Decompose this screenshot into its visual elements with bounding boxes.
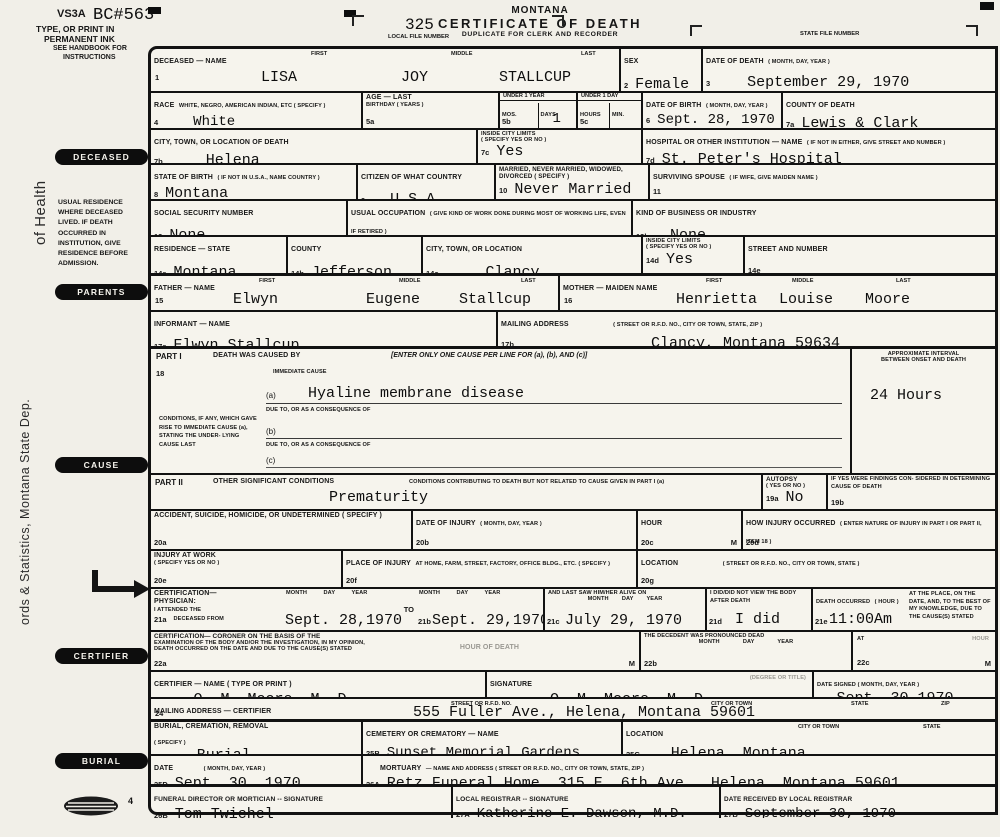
field-sublabel: ( IF NOT IN U.S.A., NAME COUNTRY ) — [217, 175, 319, 181]
city-of-death-value: Helena — [206, 152, 260, 163]
field-occupation: USUAL OCCUPATION ( GIVE KIND OF WORK DON… — [348, 201, 633, 235]
handbook-note-line2: INSTRUCTIONS — [63, 54, 116, 61]
autopsy-value: No — [786, 489, 804, 506]
field-label: AUTOPSY — [766, 476, 823, 483]
field-number: 1 — [155, 73, 159, 82]
column-header-last: LAST — [581, 51, 596, 57]
field-label: DATE OF DEATH — [706, 58, 764, 65]
field-residence-county: COUNTY 14b Jefferson — [288, 237, 423, 273]
county-of-death-value: Lewis & Clark — [801, 115, 918, 128]
field-pronounced-hour: AT HOUR 22c M — [853, 632, 995, 670]
column-header-state: STATE — [923, 724, 941, 730]
column-header-last: LAST — [521, 278, 536, 284]
field-number: 15 — [155, 296, 163, 305]
field-number: 5b — [502, 117, 511, 126]
field-residence-city-limits: INSIDE CITY LIMITS ( SPECIFY YES OR NO )… — [643, 237, 745, 273]
ink-note-line1: TYPE, OR PRINT IN — [36, 24, 114, 34]
date-received-value: September 30, 1970 — [745, 806, 896, 818]
field-residence-street: STREET AND NUMBER 14e — [745, 237, 995, 273]
field-certifier-signature: SIGNATURE (DEGREE OR TITLE) 23b O. M. Mo… — [487, 672, 814, 697]
registration-mark — [980, 2, 994, 10]
coroner-label-3: DEATH OCCURRED ON THE DATE AND DUE TO TH… — [154, 646, 636, 652]
due-to-label-1: DUE TO, OR AS A CONSEQUENCE OF — [266, 407, 371, 413]
cemetery-name-value: Sunset Memorial Gardens — [387, 745, 580, 754]
attended-from-value: Sept. 28,1970 — [285, 612, 402, 629]
field-number: 12 — [154, 232, 162, 235]
field-number: 25B — [366, 749, 380, 754]
field-sublabel: — NAME AND ADDRESS ( STREET OR R.F.D. NO… — [426, 766, 644, 772]
field-number: 19a — [766, 494, 779, 503]
field-autopsy: AUTOPSY ( YES OR NO ) 19a No — [763, 475, 828, 509]
cause-line-a: (a) Hyaline membrane disease — [266, 385, 842, 404]
field-number: 18 — [156, 369, 164, 378]
field-label: SURVIVING SPOUSE — [653, 174, 725, 181]
field-under-1-day: UNDER 1 DAY HOURS 5c MIN. — [578, 93, 643, 128]
title-state: MONTANA — [430, 5, 650, 16]
field-label: CEMETERY OR CREMATORY — NAME — [366, 731, 499, 738]
field-number: 21a — [154, 615, 167, 624]
field-number: 9 — [361, 196, 365, 199]
row-certification-physician: CERTIFICATION— PHYSICIAN: I ATTENDED THE… — [151, 589, 995, 632]
death-certificate-scan: { "hdr": { "form_code": "VS3A", "batch_c… — [0, 0, 1000, 837]
field-sublabel: ( STREET OR R.F.D. NO., CITY OR TOWN, ST… — [613, 322, 762, 328]
field-place-of-injury: PLACE OF INJURY AT HOME, FARM, STREET, F… — [343, 551, 638, 587]
marital-status-value: Never Married — [514, 181, 631, 198]
field-label: AGE — LAST — [366, 94, 495, 102]
crop-bracket — [690, 25, 702, 36]
field-number: 4 — [154, 118, 158, 127]
field-sublabel: ( IF WIFE, GIVE MAIDEN NAME ) — [729, 175, 817, 181]
registration-mark — [148, 7, 161, 14]
attended-to-value: Sept. 29,1970 — [432, 612, 545, 629]
field-certifier-mailing-address: MAILING ADDRESS — CERTIFIER STREET OR R.… — [151, 699, 995, 719]
field-funeral-director: FUNERAL DIRECTOR OR MORTICIAN -- SIGNATU… — [151, 787, 453, 818]
column-header-mdy: MONTH DAY YEAR — [419, 590, 540, 596]
field-sublabel: ( MONTH, DAY, YEAR ) — [706, 103, 768, 109]
field-number: 7a — [786, 120, 794, 128]
field-hospital: HOSPITAL OR OTHER INSTITUTION — NAME ( I… — [643, 130, 995, 163]
field-label: USUAL OCCUPATION — [351, 210, 425, 217]
coroner-label-1: CERTIFICATION— CORONER ON THE BASIS OF T… — [154, 633, 636, 640]
field-age: AGE — LAST BIRTHDAY ( YEARS ) 5a — [363, 93, 500, 128]
field-number: 7b — [154, 157, 163, 163]
cert-label-4: DECEASED FROM — [174, 616, 224, 622]
batch-code: BC#563 — [93, 6, 154, 25]
field-cemetery-name: CEMETERY OR CREMATORY — NAME 25B Sunset … — [363, 722, 623, 754]
field-number: 23a — [154, 696, 167, 697]
field-number: 10 — [499, 186, 507, 195]
field-label: MAILING ADDRESS — CERTIFIER — [154, 708, 271, 715]
field-label: INFORMANT — NAME — [154, 321, 230, 328]
certifier-signature-value: O. M. Moore, M. D. — [550, 691, 712, 697]
field-label: CERTIFIER — NAME ( TYPE OR PRINT ) — [154, 681, 292, 688]
part2-value: Prematurity — [329, 489, 428, 506]
row-burial: BURIAL, CREMATION, REMOVAL ( SPECIFY ) 2… — [151, 722, 995, 756]
field-number: 20d — [746, 538, 759, 547]
field-sublabel: AT HOME, FARM, STREET, FACTORY, OFFICE B… — [415, 561, 610, 567]
row-registrar: FUNERAL DIRECTOR OR MORTICIAN -- SIGNATU… — [151, 787, 995, 818]
handbook-note-line1: SEE HANDBOOK FOR — [53, 45, 127, 52]
column-header-middle: MIDDLE — [399, 278, 420, 284]
field-accident-type: ACCIDENT, SUICIDE, HOMICIDE, OR UNDETERM… — [151, 511, 413, 549]
field-date-signed: DATE SIGNED ( MONTH, DAY, YEAR ) 23c Sep… — [814, 672, 995, 697]
field-label: STATE OF BIRTH — [154, 174, 213, 181]
field-ssn: SOCIAL SECURITY NUMBER 12 None — [151, 201, 348, 235]
section-tab-deceased: DECEASED — [55, 149, 148, 165]
column-header-first: FIRST — [311, 51, 327, 57]
field-number: 14d — [646, 256, 659, 265]
burial-date-value: Sept. 30, 1970 — [175, 775, 301, 784]
field-number: 20a — [154, 538, 167, 547]
field-attended-to: MONTH DAY YEAR 21b Sept. 29,1970 — [416, 589, 545, 630]
field-sublabel: BIRTHDAY ( YEARS ) — [366, 102, 495, 108]
field-viewed-body: I DID/DID NOT VIEW THE BODY AFTER DEATH … — [707, 589, 813, 630]
row-part2: PART II OTHER SIGNIFICANT CONDITIONS CON… — [151, 475, 995, 511]
field-father-name: FATHER — NAME FIRST MIDDLE LAST 15 Elwyn… — [151, 276, 560, 310]
field-label: LOCATION — [626, 731, 663, 738]
part2-main: PART II OTHER SIGNIFICANT CONDITIONS CON… — [151, 475, 763, 509]
funeral-director-value: Tom Twichel — [175, 806, 274, 818]
row-certifier: CERTIFIER — NAME ( TYPE OR PRINT ) 23a O… — [151, 672, 995, 699]
field-number: 5a — [366, 117, 374, 126]
field-label: MAILING ADDRESS — [501, 321, 569, 328]
certificate-form: DECEASED — NAME FIRST MIDDLE LAST 1 LISA… — [148, 46, 998, 815]
field-number: 17b — [501, 340, 514, 346]
hospital-value: St. Peter's Hospital — [662, 151, 842, 163]
column-header-mdy: MONTH DAY YEAR — [286, 590, 413, 596]
column-header-last: LAST — [896, 278, 911, 284]
at-label: AT — [857, 636, 864, 642]
field-number: 14b — [291, 269, 304, 273]
dept-vertical-text-top: of Health — [32, 130, 49, 245]
row-informant: INFORMANT — NAME 17a Elwyn Stallcup MAIL… — [151, 312, 995, 349]
row-residence: RESIDENCE — STATE 14a Montana COUNTY 14b… — [151, 237, 995, 276]
field-burial-date: DATE ( MONTH, DAY, YEAR ) 25D Sept. 30, … — [151, 756, 363, 784]
field-number: 7c — [481, 148, 489, 157]
field-label: MOTHER — MAIDEN NAME — [563, 285, 657, 292]
date-signed-value: Sept. 30,1970 — [837, 690, 954, 697]
field-label: ACCIDENT, SUICIDE, HOMICIDE, OR UNDETERM… — [154, 512, 408, 520]
cert-label-3: I ATTENDED THE — [154, 607, 280, 613]
field-number: 26B — [154, 811, 168, 818]
row-burial-date-mortuary: DATE ( MONTH, DAY, YEAR ) 25D Sept. 30, … — [151, 756, 995, 787]
field-sublabel: ( HOUR ) — [875, 599, 899, 605]
row-injury-1: ACCIDENT, SUICIDE, HOMICIDE, OR UNDETERM… — [151, 511, 995, 551]
field-number: 23b — [490, 696, 503, 697]
father-middle-name: Eugene — [366, 291, 420, 308]
inside-city-limits-value: Yes — [496, 143, 523, 160]
row-injury-2: INJURY AT WORK ( SPECIFY YES OR NO ) 20e… — [151, 551, 995, 589]
field-label: SEX — [624, 58, 638, 65]
death-hour-value: 11:00Am — [829, 611, 892, 628]
field-label: FUNERAL DIRECTOR OR MORTICIAN -- SIGNATU… — [154, 796, 323, 803]
field-attended-from: MONTH DAY YEAR Sept. 28,1970 TO — [283, 589, 416, 630]
certifier-mailing-value: 555 Fuller Ave., Helena, Montana 59601 — [413, 704, 755, 719]
cert-label-1: CERTIFICATION— — [154, 590, 280, 598]
crop-bracket — [552, 15, 564, 26]
field-number: 2 — [624, 81, 628, 90]
part1-interval-column: APPROXIMATE INTERVAL BETWEEN ONSET AND D… — [852, 349, 995, 473]
field-number: 20b — [416, 538, 429, 547]
row-certification-coroner: CERTIFICATION— CORONER ON THE BASIS OF T… — [151, 632, 995, 672]
field-label: DATE SIGNED ( MONTH, DAY, YEAR ) — [817, 682, 919, 688]
field-mother-name: MOTHER — MAIDEN NAME FIRST MIDDLE LAST 1… — [560, 276, 995, 310]
father-first-name: Elwyn — [233, 291, 278, 308]
deceased-first-name: LISA — [261, 69, 297, 86]
column-header-middle: MIDDLE — [792, 278, 813, 284]
field-burial-type: BURIAL, CREMATION, REMOVAL ( SPECIFY ) 2… — [151, 722, 363, 754]
field-number: 19b — [831, 498, 844, 507]
row-certifier-mailing: MAILING ADDRESS — CERTIFIER STREET OR R.… — [151, 699, 995, 722]
field-number: 13b — [636, 232, 649, 235]
section-tab-parents: PARENTS — [55, 284, 148, 300]
line-a-tag: (a) — [266, 391, 276, 400]
field-label: I DID/DID NOT VIEW THE BODY AFTER DEATH — [710, 590, 808, 605]
field-sublabel: ( IF NOT IN EITHER, GIVE STREET AND NUMB… — [807, 140, 945, 146]
title-main: CERTIFICATE OF DEATH — [410, 16, 670, 31]
column-header-city: CITY OR TOWN — [798, 724, 839, 730]
field-label: FATHER — NAME — [154, 285, 215, 292]
field-number: 11 — [653, 187, 661, 196]
field-burial-location: LOCATION CITY OR TOWN STATE 25C Helena, … — [623, 722, 995, 754]
field-number: 23c — [817, 695, 830, 697]
field-label: DATE — [154, 765, 173, 772]
form-code: VS3A — [57, 8, 86, 20]
part1-label: PART I — [156, 352, 182, 361]
arrow-icon — [88, 568, 152, 604]
field-under-1-year: UNDER 1 YEAR MOS. 5b DAYS 1 — [500, 93, 578, 128]
cause-line-b: (b) — [266, 423, 842, 439]
field-label: HOSPITAL OR OTHER INSTITUTION — NAME — [646, 139, 802, 146]
page-mark: 4 — [128, 796, 133, 806]
to-word: TO — [404, 605, 414, 614]
field-label: BURIAL, CREMATION, REMOVAL — [154, 723, 358, 731]
part2-conditions-label: OTHER SIGNIFICANT CONDITIONS — [213, 478, 334, 486]
line-c-tag: (c) — [266, 456, 275, 465]
field-number: 14c — [426, 269, 439, 273]
immediate-cause-label: IMMEDIATE CAUSE — [273, 369, 327, 375]
due-to-label-2: DUE TO, OR AS A CONSEQUENCE OF — [266, 442, 371, 448]
mother-first-name: Henrietta — [676, 291, 757, 308]
mortuary-value: Retz Funeral Home, 315 E. 6th Ave., Hele… — [387, 775, 900, 784]
row-place-of-death: CITY, TOWN, OR LOCATION OF DEATH 7b Hele… — [151, 130, 995, 165]
field-number: 21d — [709, 617, 722, 626]
field-date-of-death: DATE OF DEATH ( MONTH, DAY, YEAR ) 3 Sep… — [703, 49, 995, 91]
field-label: DEATH OCCURRED — [816, 599, 870, 605]
field-label: MORTUARY — [380, 765, 421, 772]
burial-type-value: Burial — [197, 747, 251, 754]
field-label: COUNTY OF DEATH — [786, 102, 855, 109]
field-last-saw-alive: AND LAST SAW HIM/HER ALIVE ON MONTH DAY … — [545, 589, 707, 630]
father-last-name: Stallcup — [459, 291, 531, 308]
field-county-of-death: COUNTY OF DEATH 7a Lewis & Clark — [783, 93, 995, 128]
field-race: RACE WHITE, NEGRO, AMERICAN INDIAN, ETC … — [151, 93, 363, 128]
deceased-middle-name: JOY — [401, 69, 428, 86]
field-local-registrar: LOCAL REGISTRAR -- SIGNATURE 27A Katheri… — [453, 787, 721, 818]
dept-vertical-text-bottom: ords & Statistics, Montana State Dep. — [18, 280, 32, 625]
residence-city-value: Clancy — [486, 264, 540, 273]
field-number: 16 — [564, 296, 572, 305]
field-number: 21c — [547, 617, 560, 626]
hour-label: HOUR — [972, 636, 989, 642]
cause-a-value: Hyaline membrane disease — [308, 385, 524, 402]
mother-middle-name: Louise — [779, 291, 833, 308]
group-label: UNDER 1 DAY — [578, 93, 641, 101]
field-inside-city-limits: INSIDE CITY LIMITS ( SPECIFY YES OR NO )… — [478, 130, 643, 163]
section-tab-cause: CAUSE — [55, 457, 148, 473]
field-label: CITY, TOWN, OR LOCATION — [426, 246, 522, 253]
field-sublabel: ( SPECIFY YES OR NO ) — [646, 244, 740, 250]
part2-label: PART II — [155, 478, 183, 487]
field-state-of-birth: STATE OF BIRTH ( IF NOT IN U.S.A., NAME … — [151, 165, 358, 199]
citizen-value: U.S.A. — [390, 191, 444, 199]
field-number: 22a — [154, 659, 167, 668]
residence-state-value: Montana — [174, 264, 237, 273]
field-label: RACE — [154, 102, 174, 109]
part2-sublabel: CONDITIONS CONTRIBUTING TO DEATH BUT NOT… — [409, 479, 739, 485]
field-injury-hour: HOUR 20c M — [638, 511, 743, 549]
field-informant-name: INFORMANT — NAME 17a Elwyn Stallcup — [151, 312, 498, 346]
field-certifier-name: CERTIFIER — NAME ( TYPE OR PRINT ) 23a O… — [151, 672, 487, 697]
state-file-number-label: STATE FILE NUMBER — [800, 31, 859, 37]
field-number: 7d — [646, 156, 655, 163]
conditions-note: CONDITIONS, IF ANY, WHICH GAVE RISE TO I… — [159, 415, 259, 450]
field-sublabel: ( SPECIFY YES OR NO ) — [154, 560, 338, 566]
field-label: INJURY AT WORK — [154, 552, 338, 560]
part1-caused-by-label: DEATH WAS CAUSED BY — [213, 352, 301, 360]
row-race-age-birth: RACE WHITE, NEGRO, AMERICAN INDIAN, ETC … — [151, 93, 995, 130]
race-value: White — [193, 114, 235, 128]
field-number: 21e — [815, 617, 828, 626]
column-header-zip: ZIP — [941, 701, 950, 707]
field-label: LOCATION — [641, 560, 678, 567]
field-label: LOCAL REGISTRAR -- SIGNATURE — [456, 796, 568, 803]
field-number: 22b — [644, 659, 657, 668]
interval-label-line2: BETWEEN ONSET AND DEATH — [855, 357, 992, 363]
field-sublabel: ( SPECIFY ) — [154, 740, 186, 746]
informant-address-value: Clancy, Montana 59634 — [651, 335, 840, 346]
field-number: 5c — [580, 117, 588, 126]
state-of-birth-value: Montana — [165, 185, 228, 199]
column-header-first: FIRST — [706, 278, 722, 284]
line-b-tag: (b) — [266, 427, 276, 436]
group-label: UNDER 1 YEAR — [500, 93, 576, 101]
residence-city-limits-value: Yes — [666, 251, 693, 268]
certification-coroner-label: CERTIFICATION— CORONER ON THE BASIS OF T… — [151, 632, 641, 670]
date-of-death-value: September 29, 1970 — [747, 74, 909, 91]
part1-enter-note: [ENTER ONLY ONE CAUSE PER LINE FOR (a), … — [391, 352, 587, 359]
field-label: KIND OF BUSINESS OR INDUSTRY — [636, 210, 757, 217]
subfield-minutes: MIN. — [610, 103, 641, 128]
occurred-side-note: AT THE PLACE, ON THE DATE, AND, TO THE B… — [909, 591, 993, 621]
field-label: CITY, TOWN, OR LOCATION OF DEATH — [154, 139, 289, 146]
local-registrar-value: Katherine E. Dawson, M.D. — [477, 806, 687, 818]
field-number: 25D — [154, 780, 168, 784]
field-number: 25C — [626, 750, 640, 754]
field-injury-location: LOCATION ( STREET OR R.F.D. NO., CITY OR… — [638, 551, 995, 587]
field-label: HOUR — [641, 520, 662, 527]
certifier-name-value: O. M. Moore, M. D. — [194, 691, 356, 697]
field-date-of-birth: DATE OF BIRTH ( MONTH, DAY, YEAR ) 6 Sep… — [643, 93, 783, 128]
field-number: 25A — [154, 752, 168, 754]
field-marital-status: MARRIED, NEVER MARRIED, WIDOWED, DIVORCE… — [496, 165, 650, 199]
stamp-icon — [62, 795, 120, 817]
field-number: 27A — [456, 810, 470, 818]
row-birth-citizen-marital: STATE OF BIRTH ( IF NOT IN U.S.A., NAME … — [151, 165, 995, 201]
cause-line-c: (c) — [266, 452, 842, 468]
cert-label-2: PHYSICIAN: — [154, 598, 280, 606]
field-number: 20c — [641, 538, 654, 547]
field-number: 20g — [641, 576, 654, 585]
field-label: DATE OF BIRTH — [646, 102, 701, 109]
field-number: 3 — [706, 79, 710, 88]
field-date-of-injury: DATE OF INJURY ( MONTH, DAY, YEAR ) 20b — [413, 511, 638, 549]
field-label: SIGNATURE — [490, 681, 532, 688]
column-header-mdy: MONTH DAY YEAR — [644, 639, 848, 645]
field-label: MARRIED, NEVER MARRIED, WIDOWED, DIVORCE… — [499, 166, 645, 180]
degree-or-title-faint: (DEGREE OR TITLE) — [750, 675, 806, 681]
field-sublabel: ( MONTH, DAY, YEAR ) — [204, 766, 266, 772]
field-injury-at-work: INJURY AT WORK ( SPECIFY YES OR NO ) 20e — [151, 551, 343, 587]
column-header-middle: MIDDLE — [451, 51, 472, 57]
field-sublabel: ( MONTH, DAY, YEAR ) — [480, 521, 542, 527]
field-label: RESIDENCE — STATE — [154, 246, 230, 253]
field-label: COUNTY — [291, 246, 321, 253]
row-parents: FATHER — NAME FIRST MIDDLE LAST 15 Elwyn… — [151, 276, 995, 312]
interval-value: 24 Hours — [870, 387, 942, 404]
field-number: 6 — [646, 116, 650, 125]
field-number: 20f — [346, 576, 357, 585]
residence-county-value: Jefferson — [311, 264, 392, 273]
field-label: IF YES WERE FINDINGS CON- SIDERED IN DET… — [831, 476, 992, 492]
meridiem-mark: M — [731, 538, 737, 547]
sex-value: Female — [635, 76, 689, 91]
field-surviving-spouse: SURVIVING SPOUSE ( IF WIFE, GIVE MAIDEN … — [650, 165, 995, 199]
field-number: 8 — [154, 190, 158, 199]
part1-main: PART I DEATH WAS CAUSED BY [ENTER ONLY O… — [151, 349, 852, 473]
row-ssn-occupation: SOCIAL SECURITY NUMBER 12 None USUAL OCC… — [151, 201, 995, 237]
field-autopsy-findings: IF YES WERE FINDINGS CON- SIDERED IN DET… — [828, 475, 995, 509]
field-city-of-death: CITY, TOWN, OR LOCATION OF DEATH 7b Hele… — [151, 130, 478, 163]
informant-name-value: Elwyn Stallcup — [174, 337, 300, 346]
row-part1-cause: PART I DEATH WAS CAUSED BY [ENTER ONLY O… — [151, 349, 995, 475]
field-label: DATE RECEIVED BY LOCAL REGISTRAR — [724, 796, 852, 803]
field-label: STREET AND NUMBER — [748, 246, 828, 253]
field-informant-address: MAILING ADDRESS ( STREET OR R.F.D. NO., … — [498, 312, 995, 346]
section-tab-burial: BURIAL — [55, 753, 148, 769]
field-number: 14e — [748, 266, 761, 273]
column-header-mdy: MONTH DAY YEAR — [548, 596, 702, 602]
field-sublabel: ( MONTH, DAY, YEAR ) — [768, 59, 830, 65]
field-number: 20e — [154, 576, 167, 585]
crop-bracket — [352, 15, 364, 26]
field-number: 27B — [724, 810, 738, 818]
field-label: DECEASED — NAME — [154, 58, 227, 65]
ssn-value: None — [169, 227, 205, 235]
subfield-hours: HOURS 5c — [578, 103, 610, 128]
certification-physician-label: CERTIFICATION— PHYSICIAN: I ATTENDED THE… — [151, 589, 283, 630]
field-deceased-name: DECEASED — NAME FIRST MIDDLE LAST 1 LISA… — [151, 49, 621, 91]
section-tab-certifier: CERTIFIER — [55, 648, 148, 664]
field-sublabel: WHITE, NEGRO, AMERICAN INDIAN, ETC ( SPE… — [179, 103, 326, 109]
field-number: 24 — [155, 709, 163, 718]
row-deceased-name: DECEASED — NAME FIRST MIDDLE LAST 1 LISA… — [151, 49, 995, 93]
field-label: HOW INJURY OCCURRED — [746, 520, 836, 527]
field-sex: SEX 2 Female — [621, 49, 703, 91]
field-death-occurred-hour: DEATH OCCURRED ( HOUR ) AT THE PLACE, ON… — [813, 589, 995, 630]
field-number: 22c — [857, 658, 870, 667]
column-header-minutes: MIN. — [612, 112, 624, 118]
